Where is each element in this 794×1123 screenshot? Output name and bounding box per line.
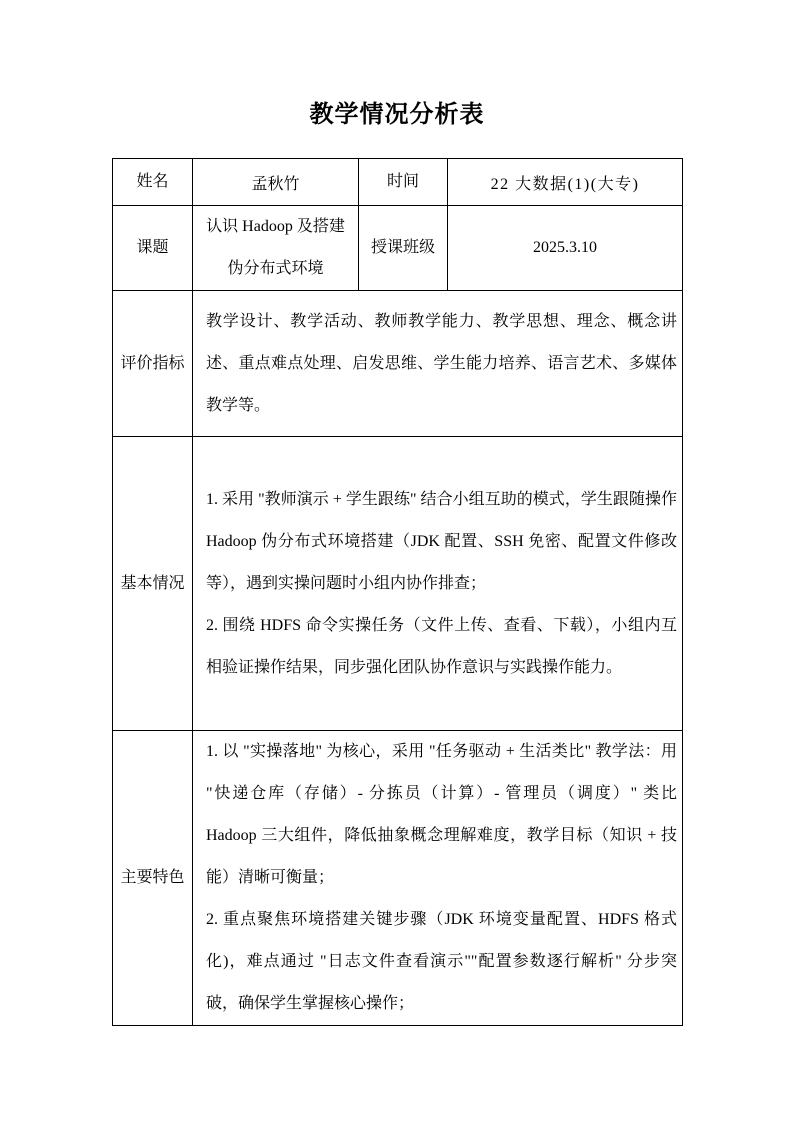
basic-situation-content-cell: 1. 采用 "教师演示 + 学生跟练" 结合小组互助的模式，学生跟随操作 Had… — [193, 437, 683, 731]
table-row: 基本情况 1. 采用 "教师演示 + 学生跟练" 结合小组互助的模式，学生跟随操… — [113, 437, 683, 731]
paragraph: 教学设计、教学活动、教师教学能力、教学思想、理念、概念讲述、重点难点处理、启发思… — [206, 301, 677, 427]
time-value-cell: 22 大数据(1)(大专) — [448, 159, 683, 206]
paragraph: 1. 采用 "教师演示 + 学生跟练" 结合小组互助的模式，学生跟随操作 Had… — [206, 479, 677, 605]
table-row: 课题 认识 Hadoop 及搭建 伪分布式环境 授课班级 2025.3.10 — [113, 206, 683, 291]
topic-line-1: 认识 Hadoop 及搭建 — [196, 206, 355, 248]
table-row: 评价指标 教学设计、教学活动、教师教学能力、教学思想、理念、概念讲述、重点难点处… — [113, 291, 683, 437]
main-features-label-cell: 主要特色 — [113, 731, 193, 1026]
topic-value-cell: 认识 Hadoop 及搭建 伪分布式环境 — [193, 206, 359, 291]
main-features-content-cell: 1. 以 "实操落地" 为核心，采用 "任务驱动 + 生活类比" 教学法：用 "… — [193, 731, 683, 1026]
paragraph: 1. 以 "实操落地" 为核心，采用 "任务驱动 + 生活类比" 教学法：用 "… — [206, 731, 677, 899]
table-row: 姓名 孟秋竹 时间 22 大数据(1)(大专) — [113, 159, 683, 206]
topic-line-2: 伪分布式环境 — [196, 248, 355, 290]
table-row: 主要特色 1. 以 "实操落地" 为核心，采用 "任务驱动 + 生活类比" 教学… — [113, 731, 683, 1026]
basic-situation-label-cell: 基本情况 — [113, 437, 193, 731]
name-label-cell: 姓名 — [113, 159, 193, 206]
teaching-analysis-table: 姓名 孟秋竹 时间 22 大数据(1)(大专) 课题 认识 Hadoop 及搭建… — [112, 158, 683, 1026]
document-page: 教学情况分析表 姓名 孟秋竹 时间 22 大数据(1)(大专) 课题 认识 Ha… — [0, 0, 794, 1123]
name-value-cell: 孟秋竹 — [193, 159, 359, 206]
class-label-cell: 授课班级 — [359, 206, 448, 291]
paragraph: 2. 重点聚焦环境搭建关键步骤（JDK 环境变量配置、HDFS 格式化)，难点通… — [206, 899, 677, 1025]
time-label-cell: 时间 — [359, 159, 448, 206]
topic-label-cell: 课题 — [113, 206, 193, 291]
paragraph: 2. 围绕 HDFS 命令实操任务（文件上传、查看、下载），小组内互相验证操作结… — [206, 605, 677, 689]
evaluation-label-cell: 评价指标 — [113, 291, 193, 437]
page-title: 教学情况分析表 — [0, 98, 794, 132]
evaluation-content-cell: 教学设计、教学活动、教师教学能力、教学思想、理念、概念讲述、重点难点处理、启发思… — [193, 291, 683, 437]
class-value-cell: 2025.3.10 — [448, 206, 683, 291]
